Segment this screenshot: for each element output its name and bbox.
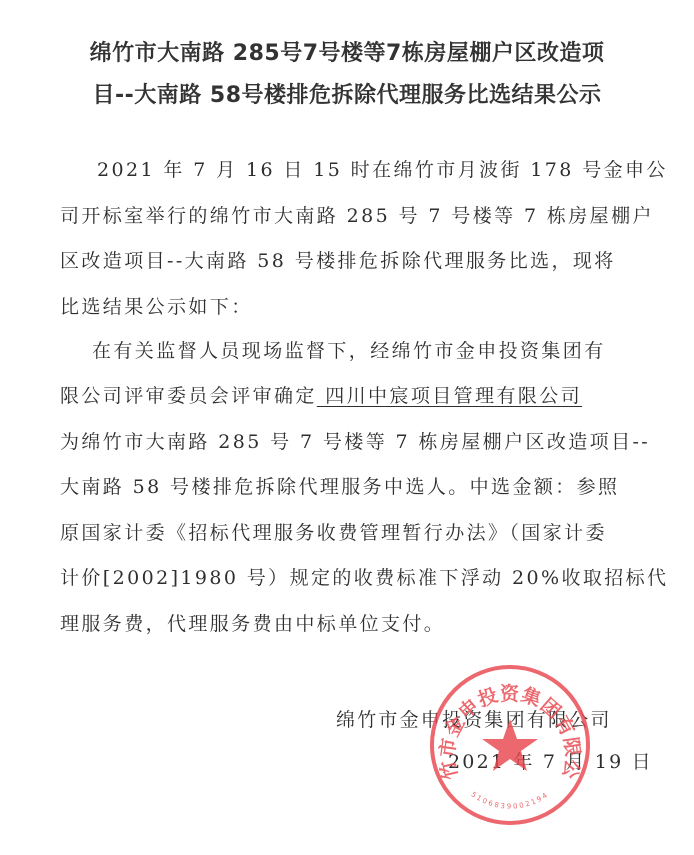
svg-text:绵竹市金申投资集团有限公司: 绵竹市金申投资集团有限公司: [428, 663, 584, 782]
paragraph-line: 司开标室举行的绵竹市大南路 285 号 7 号楼等 7 栋房屋棚户: [60, 201, 654, 228]
paragraph-line: 大南路 58 号楼排危拆除代理服务中选人。中选金额：参照: [60, 472, 619, 499]
document-title-line-1: 绵竹市大南路 285号7号楼等7栋房屋棚户区改造项: [0, 36, 694, 67]
paragraph-line: 理服务费，代理服务费由中标单位支付。: [60, 609, 445, 636]
svg-text:5106839002194: 5106839002194: [470, 790, 551, 810]
official-seal: 绵竹市金申投资集团有限公司 5106839002194: [428, 663, 592, 827]
winner-company-name: 四川中宸项目管理有限公司: [317, 385, 582, 407]
paragraph-line-prefix: 限公司评审委员会评审确定: [60, 385, 317, 407]
paragraph-line: 2021 年 7 月 16 日 15 时在绵竹市月波街 178 号金申公: [97, 155, 668, 182]
document-title-line-2: 目--大南路 58号楼排危拆除代理服务比选结果公示: [0, 78, 694, 109]
paragraph-line: 比选结果公示如下：: [60, 292, 253, 319]
paragraph-line: 为绵竹市大南路 285 号 7 号楼等 7 栋房屋棚户区改造项目--: [60, 427, 650, 454]
paragraph-line: 在有关监督人员现场监督下，经绵竹市金申投资集团有: [92, 336, 606, 363]
paragraph-line: 原国家计委《招标代理服务收费管理暂行办法》（国家计委: [60, 518, 607, 545]
paragraph-line: 区改造项目--大南路 58 号楼排危拆除代理服务比选，现将: [60, 246, 616, 273]
paragraph-line: 限公司评审委员会评审确定 四川中宸项目管理有限公司: [60, 381, 582, 408]
paragraph-line: 计价[2002]1980 号）规定的收费标准下浮动 20%收取招标代: [60, 563, 668, 590]
official-seal-icon: 绵竹市金申投资集团有限公司 5106839002194: [428, 663, 592, 827]
